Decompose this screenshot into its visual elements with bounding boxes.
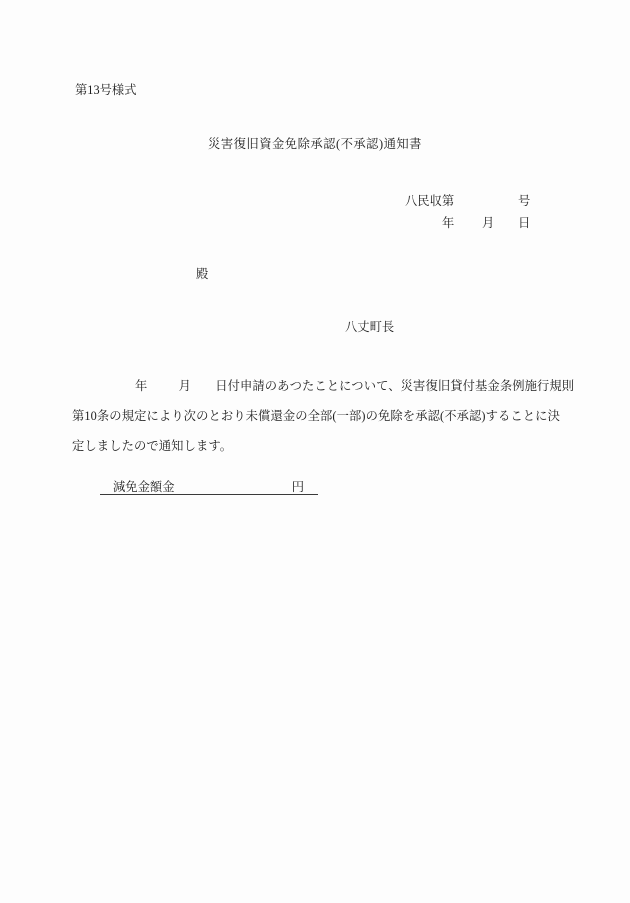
reference-number-suffix: 号 [518,191,530,209]
body-paragraph: 年 月 日付申請のあつたことについて、災害復旧貸付基金条例施行規則 第10条の規… [72,371,564,461]
body-line-1-text: 日付申請のあつたことについて、災害復旧貸付基金条例施行規則 [215,379,574,393]
addressee-honorific: 殿 [196,264,208,282]
body-line-1: 年 月 日付申請のあつたことについて、災害復旧貸付基金条例施行規則 [72,371,564,401]
amount-label: 減免金額金 [113,477,175,495]
date-day-label: 日 [518,213,530,231]
form-number: 第13号様式 [75,80,137,98]
body-year-label: 年 [135,379,147,393]
date-month-label: 月 [482,213,494,231]
sender-title: 八丈町長 [345,317,394,335]
reference-number-prefix: 八民収第 [405,191,454,209]
body-month-label: 月 [179,379,191,393]
document-title: 災害復旧資金免除承認(不承認)通知書 [0,134,630,152]
body-line-3: 定しましたので通知します。 [72,431,564,461]
amount-unit-label: 円 [292,477,304,495]
document-page: 第13号様式 災害復旧資金免除承認(不承認)通知書 八民収第 号 年 月 日 殿… [0,0,630,903]
amount-underline-field: 減免金額金 円 [100,477,318,495]
date-year-label: 年 [442,213,454,231]
body-line-2: 第10条の規定により次のとおり未償還金の全部(一部)の免除を承認(不承認)するこ… [72,401,564,431]
